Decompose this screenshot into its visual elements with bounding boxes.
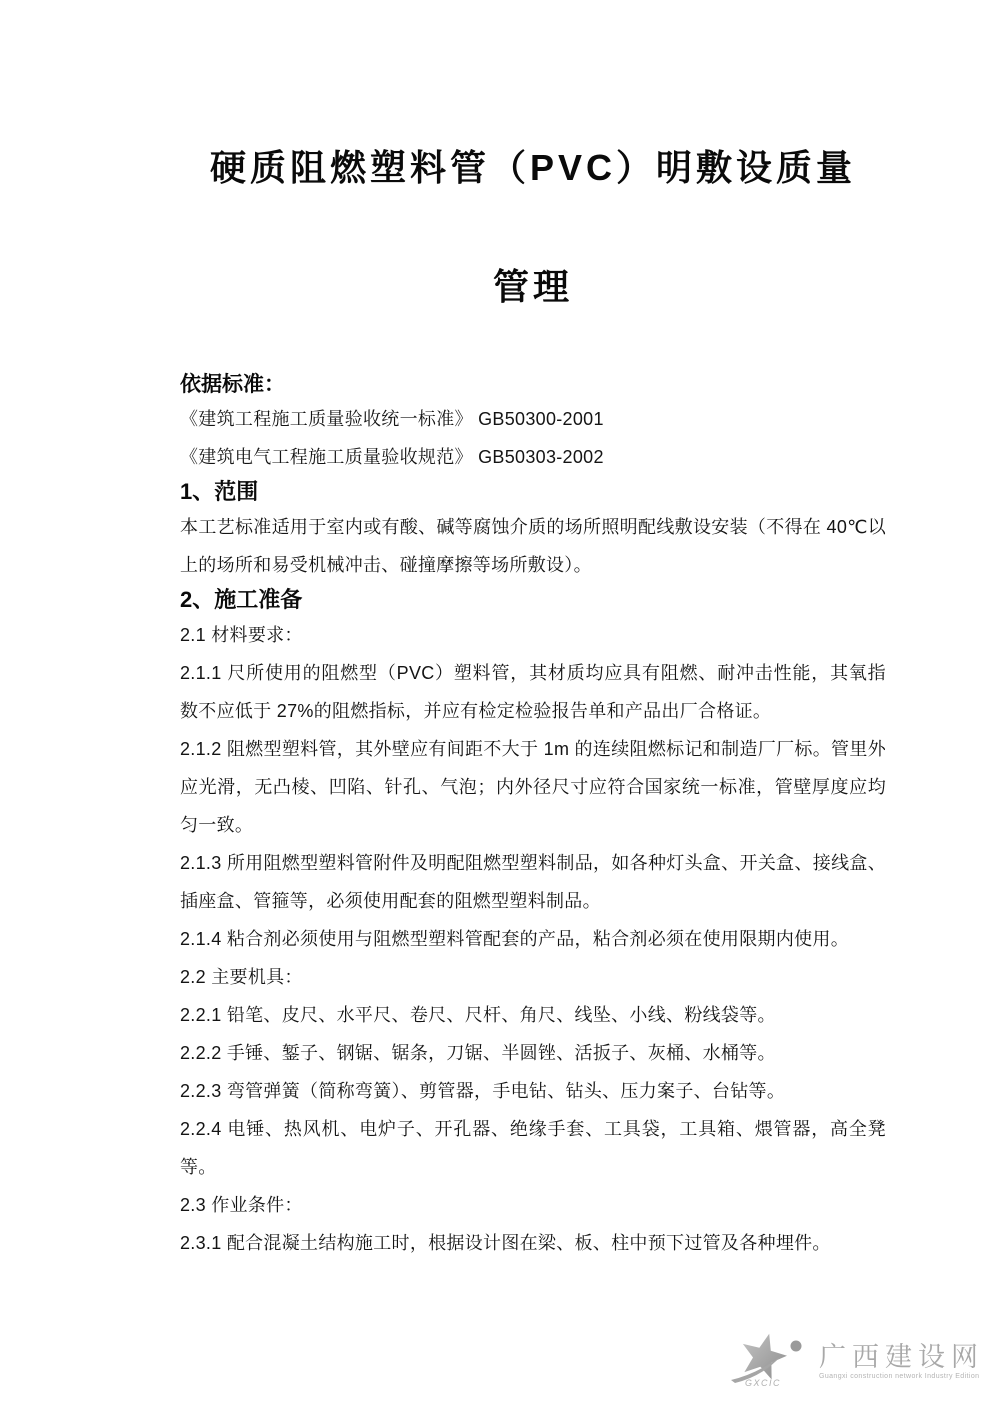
clause-2-2-4: 2.2.4 电锤、热风机、电炉子、开孔器、绝缘手套、工具袋，工具箱、煨管器，高全… [180,1110,886,1186]
site-name: 广西建设网 [819,1342,984,1372]
clause-2-2: 2.2 主要机具： [180,958,886,996]
page-title-line-1: 硬质阻燃塑料管（PVC）明敷设质量 [180,0,886,191]
page-title-line-2: 管理 [180,264,886,310]
site-subtitle: Guangxi construction network Industry Ed… [819,1372,984,1381]
scope-paragraph: 本工艺标准适用于室内或有酸、碱等腐蚀介质的场所照明配线敷设安装（不得在 40℃以… [180,508,886,584]
star-logo-icon: GXCIC [725,1330,817,1393]
star-caption: GXCIC [745,1378,781,1388]
site-watermark-text: 广西建设网 Guangxi construction network Indus… [819,1342,984,1381]
clause-2-1-1: 2.1.1 尺所使用的阻燃型（PVC）塑料管，其材质均应具有阻燃、耐冲击性能，其… [180,654,886,730]
clause-2-1: 2.1 材料要求： [180,616,886,654]
clause-2-3-1: 2.3.1 配合混凝土结构施工时，根据设计图在梁、板、柱中预下过管及各种埋件。 [180,1224,886,1262]
standard-ref-2: 《建筑电气工程施工质量验收规范》 GB50303-2002 [180,438,886,476]
document-page: 硬质阻燃塑料管（PVC）明敷设质量 管理 依据标准： 《建筑工程施工质量验收统一… [0,0,992,1403]
clause-2-1-4: 2.1.4 粘合剂必须使用与阻燃型塑料管配套的产品，粘合剂必须在使用限期内使用。 [180,920,886,958]
clause-2-1-3: 2.1.3 所用阻燃型塑料管附件及明配阻燃型塑料制品，如各种灯头盒、开关盒、接线… [180,844,886,920]
basis-heading: 依据标准： [180,370,886,400]
document-content: 硬质阻燃塑料管（PVC）明敷设质量 管理 依据标准： 《建筑工程施工质量验收统一… [180,0,886,1262]
clause-2-3: 2.3 作业条件： [180,1186,886,1224]
clause-2-2-1: 2.2.1 铅笔、皮尺、水平尺、卷尺、尺杆、角尺、线坠、小线、粉线袋等。 [180,996,886,1034]
section-1-heading: 1、范围 [180,476,886,508]
section-2-heading: 2、施工准备 [180,584,886,616]
clause-2-2-2: 2.2.2 手锤、錾子、钢锯、锯条，刀锯、半圆锉、活扳子、灰桶、水桶等。 [180,1034,886,1072]
site-watermark: GXCIC 广西建设网 Guangxi construction network… [725,1330,984,1393]
standard-ref-1: 《建筑工程施工质量验收统一标准》 GB50300-2001 [180,400,886,438]
clause-2-2-3: 2.2.3 弯管弹簧（简称弯簧）、剪管器，手电钻、钻头、压力案子、台钻等。 [180,1072,886,1110]
clause-2-1-2: 2.1.2 阻燃型塑料管，其外壁应有间距不大于 1m 的连续阻燃标记和制造厂厂标… [180,730,886,844]
